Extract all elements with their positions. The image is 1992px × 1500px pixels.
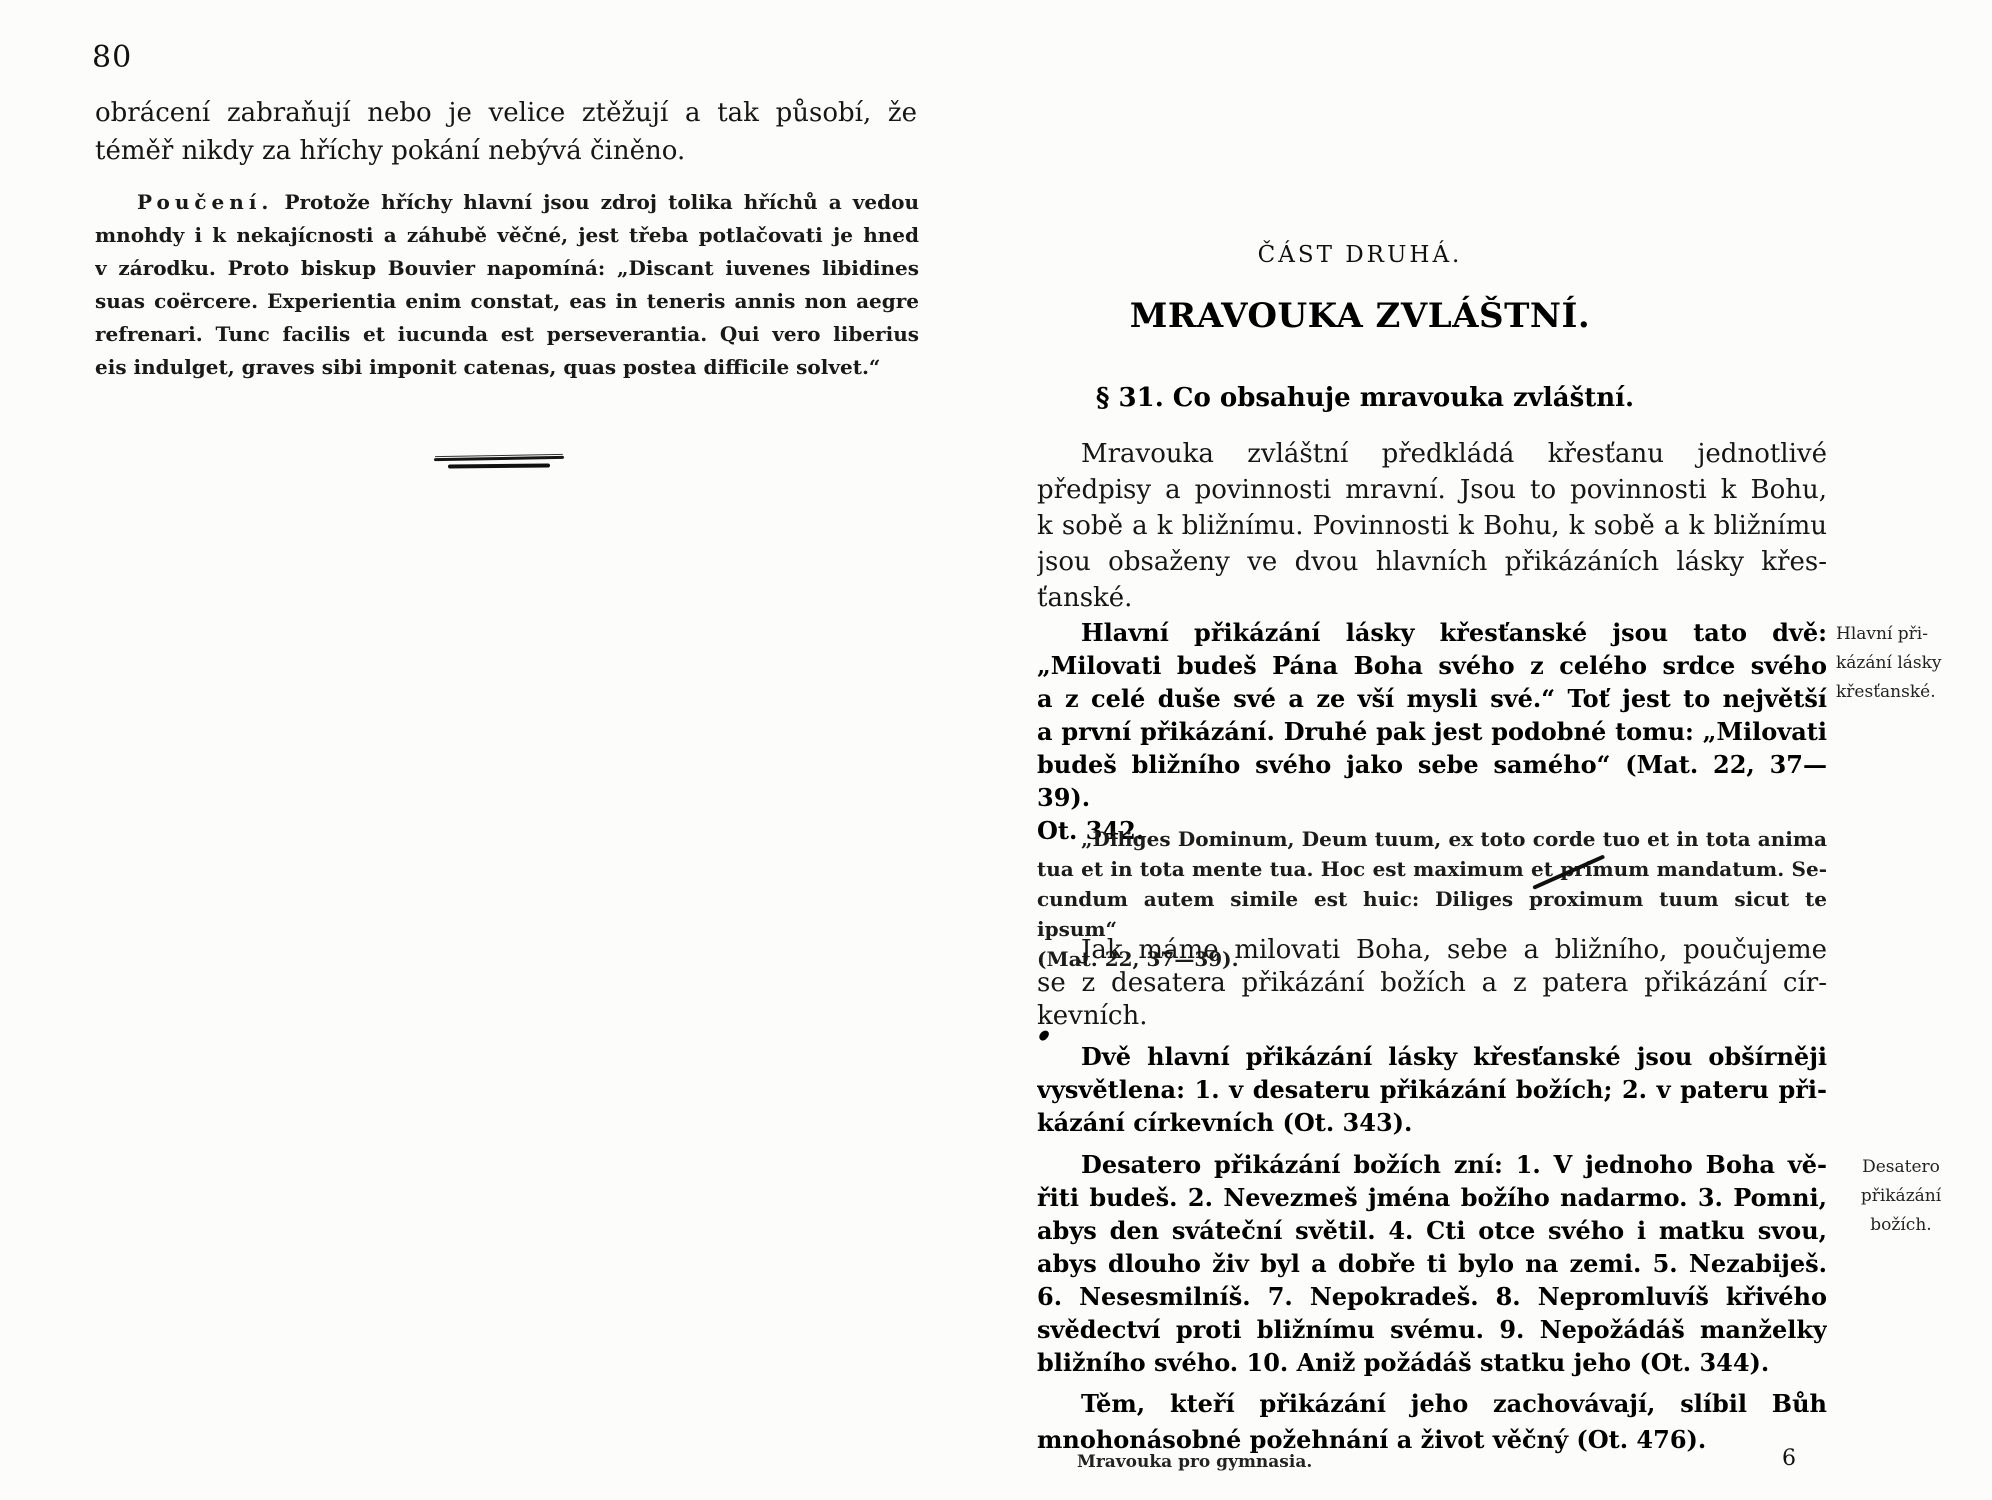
- text-line: 6. Nesesmilníš. 7. Nepokradeš. 8. Neprom…: [1037, 1280, 1827, 1313]
- margin-note-desatero: Desateropřikázáníbožích.: [1836, 1153, 1966, 1240]
- margin-note-love: Hlavní při-kázání láskykřesťanské.: [1836, 620, 1966, 707]
- text-line: Desatero přikázání božích zní: 1. V jedn…: [1037, 1148, 1827, 1181]
- text-line: kázání církevních (Ot. 343).: [1037, 1106, 1827, 1139]
- divider-rule-icon: [448, 463, 550, 468]
- text-line: a první přikázání. Druhé pak jest podobn…: [1037, 715, 1827, 748]
- poucenie-rest-lines: mnohdy i k nekajícnosti a záhubě věčné, …: [95, 219, 919, 384]
- text-line: refrenari. Tunc facilis et iucunda est p…: [95, 318, 919, 351]
- text-line: k sobě a k bližnímu. Povinnosti k Bohu, …: [1037, 508, 1827, 544]
- text-line: vysvětlena: 1. v desateru přikázání boží…: [1037, 1073, 1827, 1106]
- text-line: křesťanské.: [1836, 678, 1966, 707]
- poucenie-first-line: Poučení. Protože hříchy hlavní jsou zdro…: [95, 186, 919, 219]
- text-line: a z celé duše své a ze vší mysli své.“ T…: [1037, 682, 1827, 715]
- text-line: bližního svého. 10. Aniž požádáš statku …: [1037, 1346, 1827, 1379]
- text-line: budeš bližního svého jako sebe samého“ (…: [1037, 748, 1827, 814]
- paragraph-poucenie: Poučení. Protože hříchy hlavní jsou zdro…: [95, 186, 919, 384]
- poucenie-first-line-rest: Protože hříchy hlavní jsou zdroj tolika …: [284, 190, 919, 214]
- text-line: suas coërcere. Experientia enim constat,…: [95, 285, 919, 318]
- paragraph-dve-hlavni: Dvě hlavní přikázání lásky křesťanské js…: [1037, 1040, 1827, 1139]
- text-line: „Diliges Dominum, Deum tuum, ex toto cor…: [1037, 824, 1827, 854]
- text-line: abys dlouho živ byl a dobře ti bylo na z…: [1037, 1247, 1827, 1280]
- text-line: Dvě hlavní přikázání lásky křesťanské js…: [1037, 1040, 1827, 1073]
- text-line: tua et in tota mente tua. Hoc est maximu…: [1037, 854, 1827, 884]
- section-heading: § 31. Co obsahuje mravouka zvláštní.: [1055, 383, 1675, 413]
- text-line: Těm, kteří přikázání jeho zachovávají, s…: [1037, 1386, 1827, 1422]
- text-line: Hlavní při-: [1836, 620, 1966, 649]
- divider-rule-icon: [434, 456, 564, 461]
- text-line: Hlavní přikázání lásky křesťanské jsou t…: [1037, 616, 1827, 649]
- paragraph-tem-kteri: Těm, kteří přikázání jeho zachovávají, s…: [1037, 1386, 1827, 1458]
- text-line: božích.: [1836, 1211, 1966, 1240]
- text-line: Desatero: [1836, 1153, 1966, 1182]
- footer-page-number: 6: [1782, 1446, 1796, 1471]
- text-line: Mravouka zvláštní předkládá křesťanu jed…: [1037, 436, 1827, 472]
- paragraph-jak-mame: Jak máme milovati Boha, sebe a bližního,…: [1037, 934, 1827, 1033]
- text-line: abys den sváteční světil. 4. Cti otce sv…: [1037, 1214, 1827, 1247]
- chapter-heading: MRAVOUKA ZVLÁŠTNÍ.: [1090, 296, 1630, 336]
- paragraph-desatero: Desatero přikázání božích zní: 1. V jedn…: [1037, 1148, 1827, 1379]
- text-line: svědectví proti bližnímu svému. 9. Nepož…: [1037, 1313, 1827, 1346]
- paragraph-two-commandments: Hlavní přikázání lásky křesťanské jsou t…: [1037, 616, 1827, 847]
- text-line: „Milovati budeš Pána Boha svého z celého…: [1037, 649, 1827, 682]
- part-heading: ČÁST DRUHÁ.: [1150, 242, 1570, 268]
- text-line: ťanské.: [1037, 580, 1827, 616]
- text-line: kevních.: [1037, 1000, 1827, 1033]
- poucenie-lead-word: Poučení.: [137, 190, 273, 214]
- book-scan-spread: 80 obrácení zabraňují nebo je velice ztě…: [0, 0, 1992, 1500]
- text-line: téměř nikdy za hříchy pokání nebývá čině…: [95, 132, 917, 170]
- text-line: jsou obsaženy ve dvou hlavních přikázání…: [1037, 544, 1827, 580]
- page-number: 80: [92, 40, 132, 75]
- text-line: řiti budeš. 2. Nevezmeš jména božího nad…: [1037, 1181, 1827, 1214]
- paragraph-mravouka-intro: Mravouka zvláštní předkládá křesťanu jed…: [1037, 436, 1827, 616]
- text-line: obrácení zabraňují nebo je velice ztěžuj…: [95, 94, 917, 132]
- paragraph-continuation: obrácení zabraňují nebo je velice ztěžuj…: [95, 94, 917, 170]
- section-divider-ornament: [432, 452, 572, 472]
- text-line: mnohdy i k nekajícnosti a záhubě věčné, …: [95, 219, 919, 252]
- text-line: předpisy a povinnosti mravní. Jsou to po…: [1037, 472, 1827, 508]
- text-line: v zárodku. Proto biskup Bouvier napomíná…: [95, 252, 919, 285]
- text-line: Jak máme milovati Boha, sebe a bližního,…: [1037, 934, 1827, 967]
- text-line: se z desatera přikázání božích a z pater…: [1037, 967, 1827, 1000]
- text-line: přikázání: [1836, 1182, 1966, 1211]
- text-line: eis indulget, graves sibi imponit catena…: [95, 351, 919, 384]
- text-line: kázání lásky: [1836, 649, 1966, 678]
- footer-imprint: Mravouka pro gymnasia.: [1077, 1452, 1312, 1472]
